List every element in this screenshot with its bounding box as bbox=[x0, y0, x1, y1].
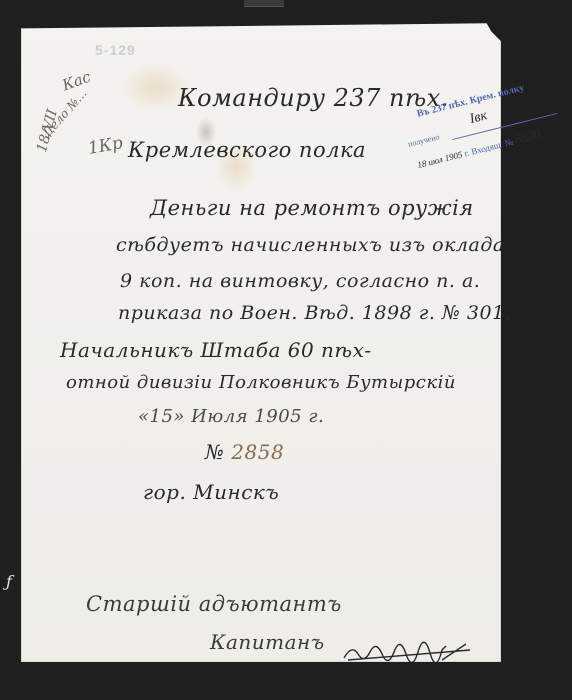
body-line1: Деньги на ремонтъ оружiя bbox=[150, 196, 474, 220]
number-prefix: № bbox=[205, 440, 224, 464]
addressee-line2: Кремлевского полка bbox=[128, 138, 366, 162]
date-day: «15» bbox=[138, 406, 185, 427]
date-month-year: Июля 1905 г. bbox=[191, 406, 324, 427]
body-line2: сѣбдуетъ начисленныхъ изъ оклада bbox=[116, 234, 505, 256]
scanner-tab bbox=[244, 0, 284, 7]
signoff-rank: Капитанъ bbox=[210, 630, 325, 654]
edge-mark: ƒ bbox=[6, 572, 12, 591]
sender-line1: Начальникъ Штаба 60 пѣх- bbox=[60, 338, 372, 362]
signature-scribble bbox=[342, 640, 472, 662]
document-number: № 2858 bbox=[205, 440, 284, 464]
body-line3: 9 коп. на винтовку, согласно п. а. bbox=[120, 270, 480, 292]
stamp-signature: Івк bbox=[468, 108, 489, 128]
stamp-incoming-number: 8820 bbox=[513, 126, 542, 147]
body-line4: приказа по Воен. Вѣд. 1898 г. № 301. bbox=[118, 302, 511, 324]
place-city: Минскъ bbox=[193, 480, 279, 504]
stamp-received-label: получено bbox=[407, 132, 440, 148]
number-value: 2858 bbox=[231, 440, 284, 464]
signoff-title: Старшій адъютантъ bbox=[86, 592, 342, 616]
faint-archive-stamp: 5-129 bbox=[95, 42, 136, 58]
place-prefix: гор. bbox=[143, 480, 186, 504]
sender-line2: отной дивизiи Полковникъ Бутырскій bbox=[66, 372, 456, 393]
place-line: гор. Минскъ bbox=[143, 480, 279, 504]
date-line: «15» Июля 1905 г. bbox=[138, 406, 324, 427]
